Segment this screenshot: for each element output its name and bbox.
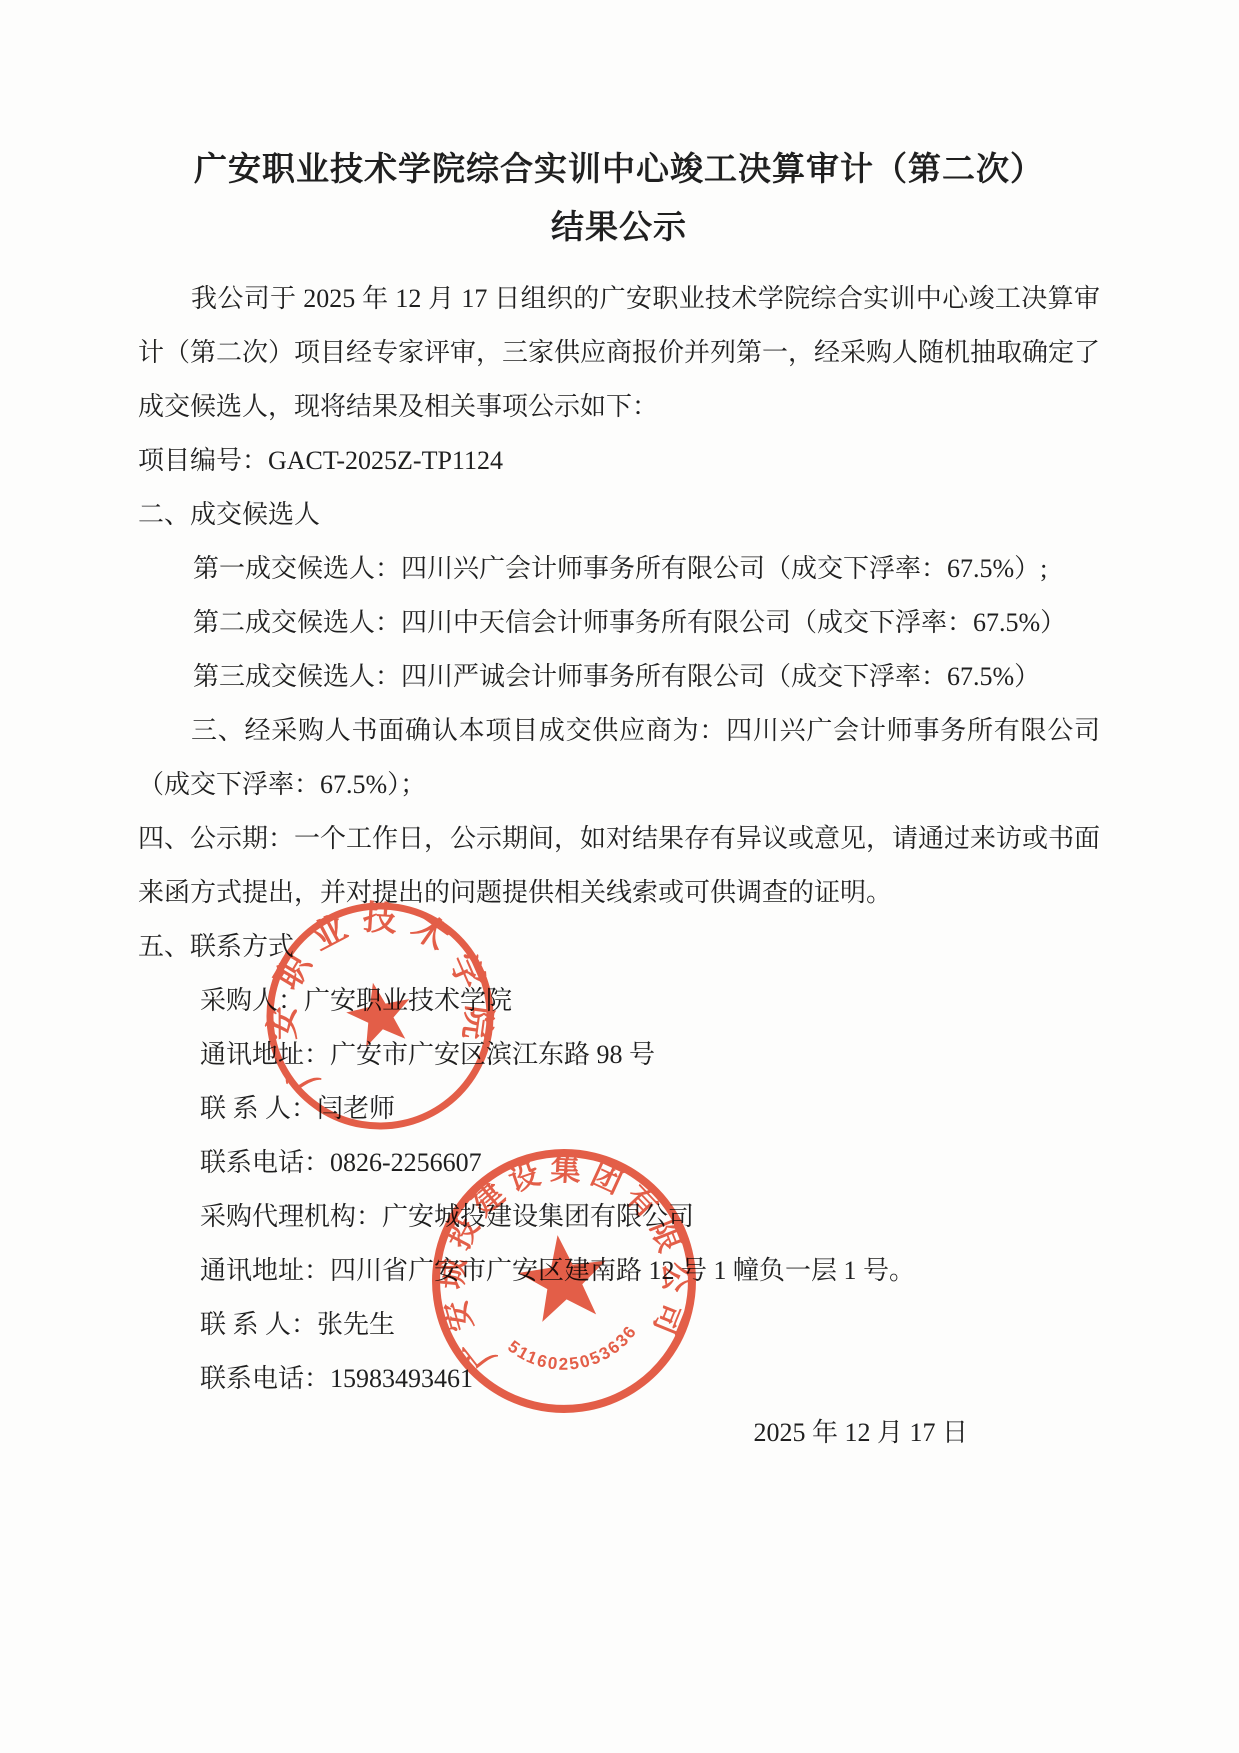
section-3-paragraph: 三、经采购人书面确认本项目成交供应商为：四川兴广会计师事务所有限公司（成交下浮率… (138, 704, 1100, 812)
title-block: 广安职业技术学院综合实训中心竣工决算审计（第二次） 结果公示 (138, 140, 1100, 256)
university-seal-stamp: 广安职业技术学院 (240, 876, 520, 1156)
project-number-line: 项目编号：GACT-2025Z-TP1124 (138, 434, 1100, 488)
candidate-line-3: 第三成交候选人：四川严诚会计师事务所有限公司（成交下浮率：67.5%） (138, 650, 1100, 704)
document-page: 广安职业技术学院综合实训中心竣工决算审计（第二次） 结果公示 我公司于 2025… (0, 0, 1239, 1753)
candidate-line-1: 第一成交候选人：四川兴广会计师事务所有限公司（成交下浮率：67.5%）; (138, 542, 1100, 596)
section-2-heading: 二、成交候选人 (138, 488, 1100, 542)
doc-title-line-1: 广安职业技术学院综合实训中心竣工决算审计（第二次） (138, 140, 1100, 198)
section-4-paragraph: 四、公示期：一个工作日，公示期间，如对结果存有异议或意见，请通过来访或书面来函方… (138, 812, 1100, 920)
stamp-serial-text: 5116025053636 (502, 1319, 645, 1382)
doc-title-line-2: 结果公示 (138, 198, 1100, 256)
agency-seal-stamp: 广安城投建设集团有限公司 5116025053636 (410, 1127, 717, 1434)
candidate-line-2: 第二成交候选人：四川中天信会计师事务所有限公司（成交下浮率：67.5%） (138, 596, 1100, 650)
stamp-star-icon (514, 1229, 613, 1324)
date-line: 2025 年 12 月 17 日 (138, 1406, 1100, 1460)
stamp-star-icon (341, 976, 417, 1050)
intro-paragraph: 我公司于 2025 年 12 月 17 日组织的广安职业技术学院综合实训中心竣工… (138, 272, 1100, 434)
